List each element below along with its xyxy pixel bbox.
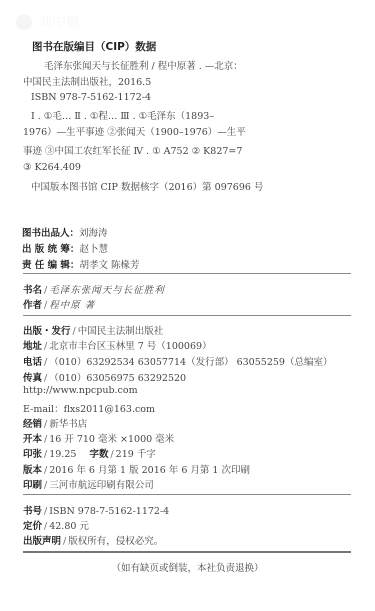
- separator: /: [44, 521, 47, 532]
- credit-row: 图书出品人：刘海涛: [22, 225, 108, 239]
- separator: /: [110, 449, 113, 460]
- divider: [23, 494, 351, 495]
- book-title-row: 书名/毛泽东张闻天与长征胜利: [23, 282, 165, 296]
- row-label: 书名: [23, 285, 42, 296]
- publisher-row: 出版・发行/中国民主法制出版社: [23, 323, 163, 337]
- row-value: ISBN 978-7-5162-1172-4: [49, 506, 169, 517]
- row-value: 新华书店: [49, 419, 87, 430]
- price-row: 定价/42.80 元: [23, 518, 89, 532]
- format-row: 开本/16 开 710 毫米 ×1000 毫米: [23, 431, 174, 445]
- row-value: 北京市丰台区玉林里 7 号（100069）: [49, 341, 211, 352]
- row-label: 书号: [23, 506, 42, 517]
- separator: /: [44, 449, 47, 460]
- separator: /: [63, 536, 66, 547]
- website-link[interactable]: http://www.npcpub.com: [23, 385, 138, 396]
- credit-row: 出 版 统 筹：赵卜慧: [22, 241, 108, 255]
- publisher-watermark: 刘中原: [16, 12, 80, 32]
- row-label: 字数: [89, 449, 108, 460]
- author-row: 作者/程中原 著: [23, 297, 95, 311]
- phone-row: 电话/（010）63292534 63057714（发行部） 63055259（…: [23, 354, 332, 368]
- divider: [23, 551, 351, 553]
- separator: /: [44, 480, 47, 491]
- credit-value: 胡孝文 陈椽芳: [79, 260, 139, 271]
- row-value: 程中原 著: [49, 300, 95, 311]
- separator: /: [44, 285, 47, 296]
- credit-label: 责 任 编 辑：: [22, 260, 79, 271]
- row-label: 版本: [23, 465, 42, 476]
- row-value: 219 千字: [116, 449, 156, 460]
- separator: /: [44, 341, 47, 352]
- separator: /: [44, 434, 47, 445]
- row-label: 印刷: [23, 480, 42, 491]
- row-value: 毛泽东张闻天与长征胜利: [49, 285, 165, 296]
- watermark-text: 刘中原: [38, 12, 80, 32]
- credit-value: 刘海涛: [79, 228, 108, 239]
- credit-value: 赵卜慧: [79, 244, 108, 255]
- row-label: 出版・发行: [23, 326, 71, 337]
- row-label: 传真: [23, 373, 42, 384]
- row-value[interactable]: http://www.npcpub.com: [23, 385, 138, 396]
- separator: /: [44, 465, 47, 476]
- separator: /: [44, 357, 47, 368]
- separator: /: [73, 326, 76, 337]
- row-value: （010）63056975 63292520: [49, 373, 186, 384]
- row-value: 中国民主法制出版社: [78, 326, 164, 337]
- cip-title: 图书在版编目（CIP）数据: [32, 39, 156, 54]
- watermark-logo-icon: [16, 14, 32, 30]
- cip-line: ③ K264.409: [23, 160, 81, 176]
- row-value: 2016 年 6 月第 1 版 2016 年 6 月第 1 次印刷: [49, 465, 250, 476]
- cip-line: Ⅰ . ①毛… Ⅱ . ①程… Ⅲ . ①毛泽东（1893–: [31, 109, 214, 125]
- row-label: 开本: [23, 434, 42, 445]
- address-row: 地址/北京市丰台区玉林里 7 号（100069）: [23, 338, 212, 352]
- row-label: 地址: [23, 341, 42, 352]
- divider: [23, 273, 351, 274]
- separator: /: [44, 300, 47, 311]
- row-value: 版权所有，侵权必究。: [68, 536, 163, 547]
- email-link[interactable]: E-mail：flxs2011@163.com: [23, 401, 155, 415]
- isbn-row: 书号/ISBN 978-7-5162-1172-4: [23, 503, 169, 517]
- fax-row: 传真/（010）63056975 63292520: [23, 370, 186, 384]
- replacement-note: （如有缺页或倒装，本社负责退换）: [0, 560, 375, 574]
- row-label: 经销: [23, 419, 42, 430]
- divider: [23, 315, 351, 316]
- credit-row: 责 任 编 辑：胡孝文 陈椽芳: [22, 257, 139, 271]
- row-label: 定价: [23, 521, 42, 532]
- cip-line: 毛泽东张闻天与长征胜利 / 程中原著 . —北京：: [44, 59, 243, 75]
- cip-line: ISBN 978-7-5162-1172-4: [31, 90, 151, 106]
- cip-number: 中国版本图书馆 CIP 数据核字（2016）第 097696 号: [31, 180, 263, 196]
- printer-row: 印刷/三河市航远印刷有限公司: [23, 477, 154, 491]
- copyright-row: 出版声明/版权所有，侵权必究。: [23, 533, 163, 547]
- row-value: 三河市航远印刷有限公司: [49, 480, 154, 491]
- credit-label: 图书出品人：: [22, 228, 79, 239]
- separator: /: [44, 506, 47, 517]
- row-label: 电话: [23, 357, 42, 368]
- row-value[interactable]: E-mail：flxs2011@163.com: [23, 404, 155, 415]
- row-value: 16 开 710 毫米 ×1000 毫米: [49, 434, 174, 445]
- cip-line: 中国民主法制出版社，2016.5: [23, 75, 151, 91]
- row-value: 42.80 元: [49, 521, 89, 532]
- sheets-row: 印张/19.25 字数/219 千字: [23, 446, 156, 460]
- row-label: 作者: [23, 300, 42, 311]
- edition-row: 版本/2016 年 6 月第 1 版 2016 年 6 月第 1 次印刷: [23, 462, 250, 476]
- cip-line: 1976）—生平事迹 ②张闻天（1900–1976）—生平: [23, 125, 246, 141]
- cip-line: 事迹 ③中国工农红军长征 Ⅳ . ① A752 ② K827=7: [23, 144, 242, 160]
- row-label: 印张: [23, 449, 42, 460]
- row-value: （010）63292534 63057714（发行部） 63055259（总编室…: [49, 357, 332, 368]
- credit-label: 出 版 统 筹：: [22, 244, 79, 255]
- distributor-row: 经销/新华书店: [23, 416, 87, 430]
- row-label: 出版声明: [23, 536, 61, 547]
- separator: /: [44, 419, 47, 430]
- row-value: 19.25: [49, 449, 76, 460]
- separator: /: [44, 373, 47, 384]
